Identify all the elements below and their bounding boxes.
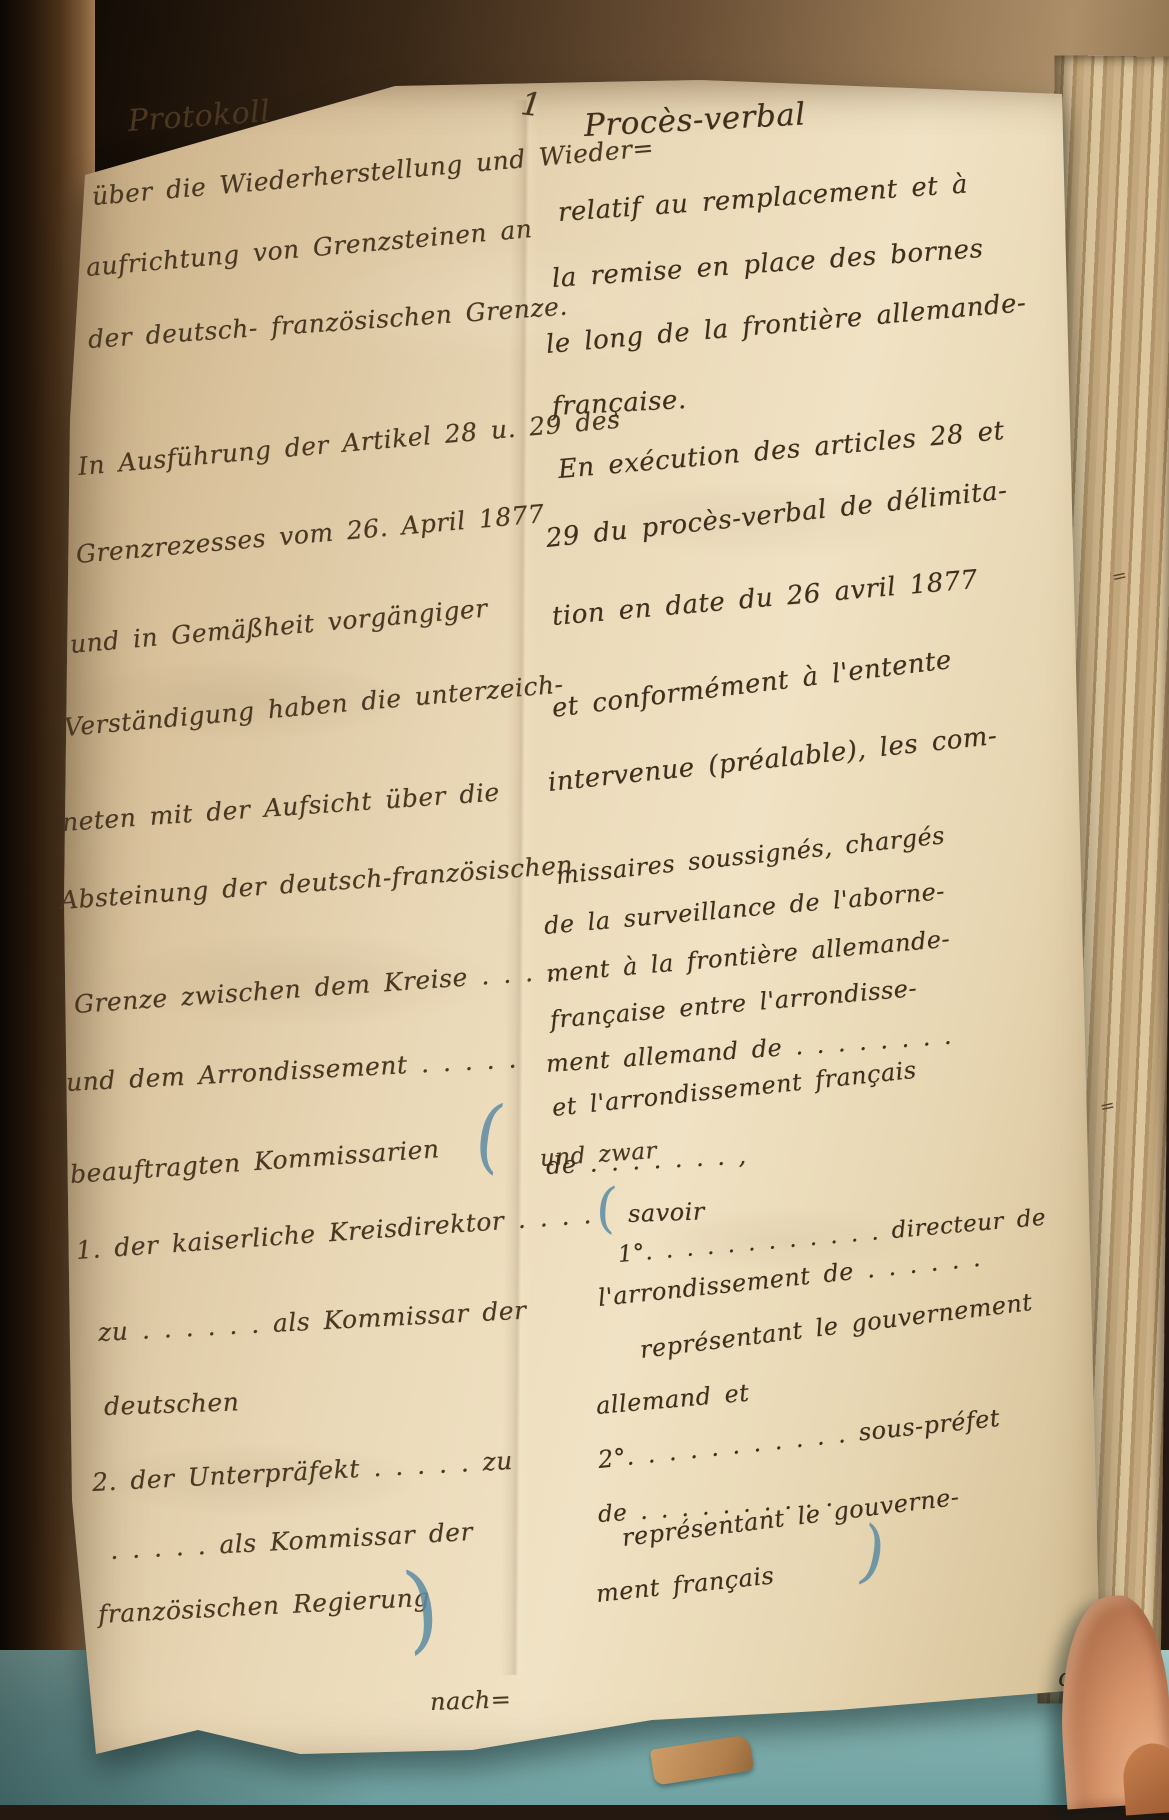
text-line: zu . . . . . . als Kommissar der	[97, 1296, 527, 1347]
text-line: In Ausführung der Artikel 28 u. 29 des	[77, 405, 622, 481]
stack-ink-mark: =	[1110, 565, 1129, 589]
text-line: le long de la frontière allemande-	[545, 288, 1028, 360]
text-line: savoir	[628, 1197, 706, 1228]
blue-paren-close-german: )	[398, 1550, 444, 1664]
text-line: En exécution des articles 28 et	[557, 416, 1006, 485]
page-number: 1	[519, 84, 544, 124]
text-line: und in Gemäßheit vorgängiger	[69, 594, 489, 659]
text-line: der deutsch- französischen Grenze.	[87, 292, 569, 354]
text-line: 1. der kaiserliche Kreisdirektor . . . .	[75, 1200, 592, 1265]
text-line: Verständigung haben die unterzeich-	[63, 669, 565, 742]
stack-ink-mark: =	[1098, 1095, 1117, 1119]
german-heading: Protokoll	[127, 94, 272, 139]
text-line: Grenze zwischen dem Kreise . . . .	[73, 956, 556, 1019]
text-line: aufrichtung von Grenzsteinen an	[85, 214, 534, 282]
text-line: relatif au remplacement et à	[557, 169, 969, 228]
text-line: allemand et	[595, 1379, 751, 1420]
text-line: la remise en place des bornes	[551, 234, 984, 294]
text-line: et conformément à l'entente	[550, 645, 953, 724]
text-line: tion en date du 26 avril 1877	[551, 565, 979, 632]
german-catchword: nach=	[430, 1685, 512, 1716]
text-line: deutschen	[103, 1387, 239, 1421]
text-line: 2. der Unterpräfekt . . . . . zu	[91, 1446, 513, 1497]
text-line: intervenue (préalable), les com-	[546, 721, 998, 798]
text-line: ment français	[595, 1561, 776, 1608]
photo-scene: 1 Protokoll Procès-verbal über die Wiede…	[0, 0, 1169, 1805]
text-line: 29 du procès-verbal de délimita-	[544, 476, 1008, 554]
text-line: französischen Regierung	[97, 1583, 430, 1629]
text-line: Absteinung der deutsch-französischen	[59, 850, 574, 915]
text-line: missaires soussignés, chargés	[555, 821, 947, 890]
blue-paren-close-french: )	[853, 1511, 891, 1594]
blue-paren-open-german: (	[470, 1086, 510, 1183]
text-line: neten mit der Aufsicht über die	[61, 777, 501, 837]
text-line: Grenzrezesses vom 26. April 1877	[75, 499, 546, 569]
text-layer: 1 Protokoll Procès-verbal über die Wiede…	[0, 0, 1169, 1805]
text-line: française.	[551, 385, 687, 422]
text-line: beauftragten Kommissarien	[69, 1134, 440, 1189]
text-line: und dem Arrondissement . . . . .	[65, 1044, 517, 1097]
blue-paren-open-french: (	[594, 1175, 619, 1239]
